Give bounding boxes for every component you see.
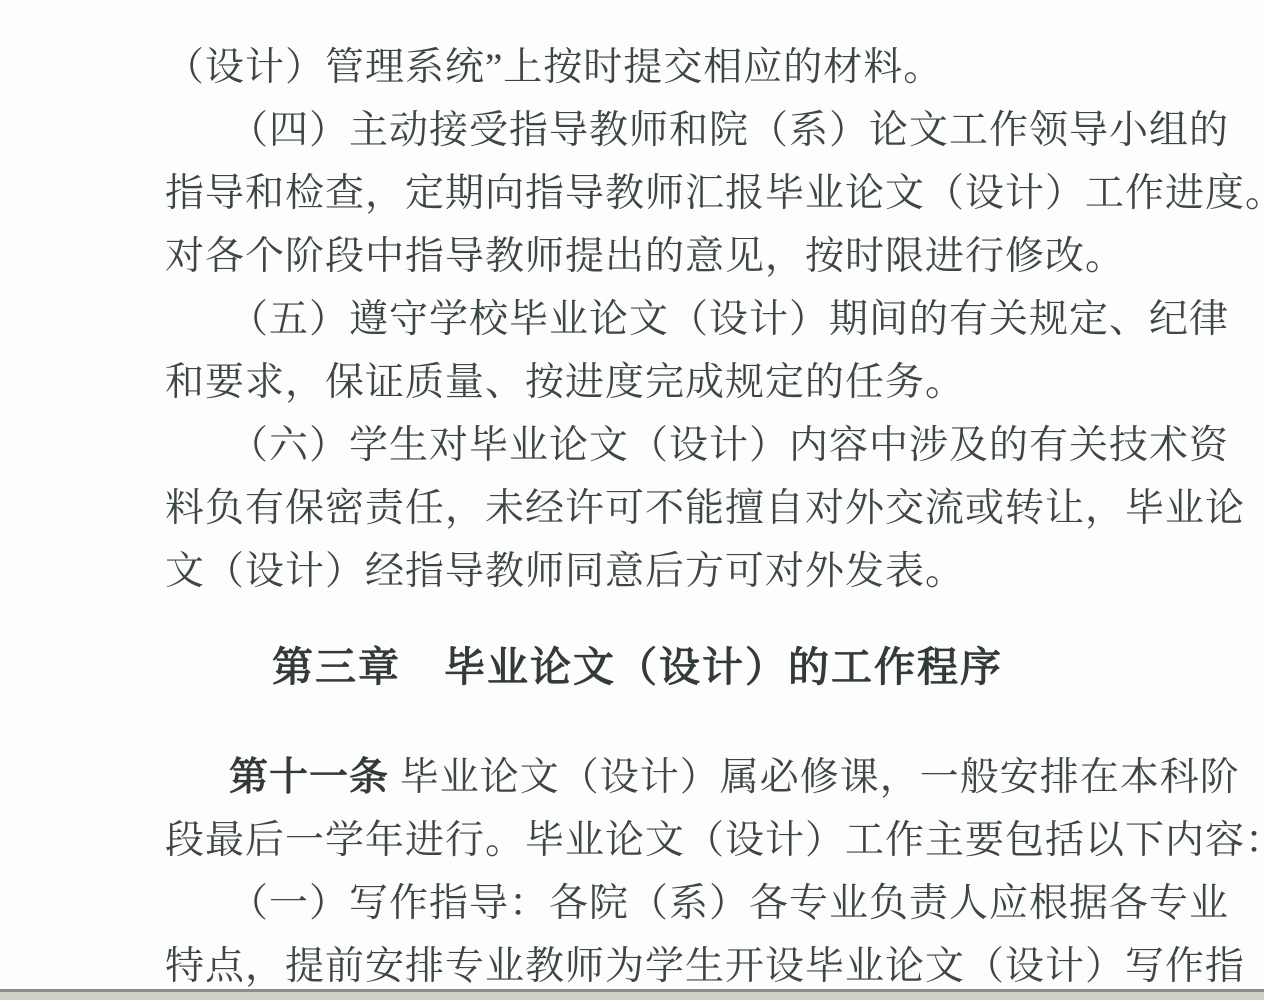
text-line: 指导和检查，定期向指导教师汇报毕业论文（设计）工作进度。 xyxy=(165,162,1110,225)
chapter-heading: 第三章 毕业论文（设计）的工作程序 xyxy=(165,636,1110,699)
text-line: （四）主动接受指导教师和院（系）论文工作领导小组的 xyxy=(165,99,1110,162)
text-line: （六）学生对毕业论文（设计）内容中涉及的有关技术资 xyxy=(165,414,1110,477)
text-line: （五）遵守学校毕业论文（设计）期间的有关规定、纪律 xyxy=(165,288,1110,351)
page-bottom-edge-band xyxy=(0,992,1264,1000)
text-line: （设计）管理系统”上按时提交相应的材料。 xyxy=(165,36,1110,99)
text-line: 对各个阶段中指导教师提出的意见，按时限进行修改。 xyxy=(165,225,1110,288)
document-body: （设计）管理系统”上按时提交相应的材料。（四）主动接受指导教师和院（系）论文工作… xyxy=(165,36,1110,998)
text-line: 段最后一学年进行。毕业论文（设计）工作主要包括以下内容： xyxy=(165,809,1110,872)
text-line: 和要求，保证质量、按进度完成规定的任务。 xyxy=(165,351,1110,414)
text-line: 料负有保密责任，未经许可不能擅自对外交流或转让，毕业论 xyxy=(165,477,1110,540)
text-line: 文（设计）经指导教师同意后方可对外发表。 xyxy=(165,540,1110,603)
text-line: 第十一条 毕业论文（设计）属必修课，一般安排在本科阶 xyxy=(165,746,1110,809)
document-page: （设计）管理系统”上按时提交相应的材料。（四）主动接受指导教师和院（系）论文工作… xyxy=(0,0,1264,1000)
article-number: 第十一条 xyxy=(229,756,389,799)
text-line: （一）写作指导：各院（系）各专业负责人应根据各专业 xyxy=(165,872,1110,935)
